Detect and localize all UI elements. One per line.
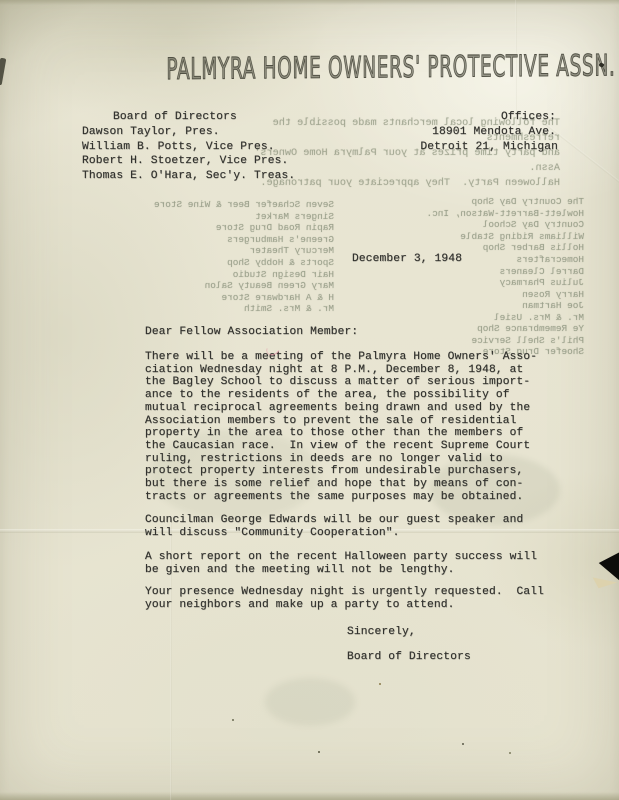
ink-speck	[379, 683, 381, 685]
bleedthrough-left-column: Seven Schaefer Beer & Wine Store Singers…	[142, 199, 334, 315]
torn-notch	[596, 551, 619, 581]
salutation: Dear Fellow Association Member:	[145, 326, 358, 339]
left-edge-dark-mark	[0, 58, 6, 86]
board-member-3: Robert H. Stoetzer, Vice Pres.	[82, 154, 288, 169]
top-edge-shade	[0, 0, 619, 5]
date-line: December 3, 1948	[352, 253, 462, 266]
ink-speck	[232, 719, 234, 721]
letterhead: PALMYRA HOME OWNERS' PROTECTIVE ASSN.	[40, 50, 580, 84]
paper-smudge	[265, 678, 355, 726]
offices-address-line-1: 18901 Mendota Ave.	[420, 125, 556, 140]
body-paragraph-3: A short report on the recent Halloween p…	[145, 551, 557, 576]
body-paragraph-2: Councilman George Edwards will be our gu…	[145, 514, 557, 539]
ink-speck	[509, 752, 511, 754]
letterhead-title: PALMYRA HOME OWNERS' PROTECTIVE ASSN.	[166, 48, 615, 86]
scanned-letter-page: The following local merchants made possi…	[0, 0, 619, 800]
body-paragraph-1: There will be a meeting of the Palmyra H…	[145, 351, 557, 503]
bottom-edge-shade	[0, 792, 619, 800]
signature-line: Board of Directors	[347, 651, 471, 664]
body-paragraph-4: Your presence Wednesday night is urgentl…	[145, 586, 557, 611]
offices-heading: Offices:	[420, 110, 556, 125]
valediction: Sincerely,	[347, 626, 416, 639]
offices-address-line-2: Detroit 21, Michigan	[420, 140, 558, 155]
board-heading: Board of Directors	[113, 110, 237, 125]
board-member-4: Thomas E. O'Hara, Sec'y. Treas.	[82, 169, 295, 184]
board-member-2: William B. Potts, Vice Pres.	[82, 140, 275, 155]
ink-speck	[318, 751, 320, 753]
board-member-1: Dawson Taylor, Pres.	[82, 125, 220, 140]
ink-speck	[462, 743, 464, 745]
